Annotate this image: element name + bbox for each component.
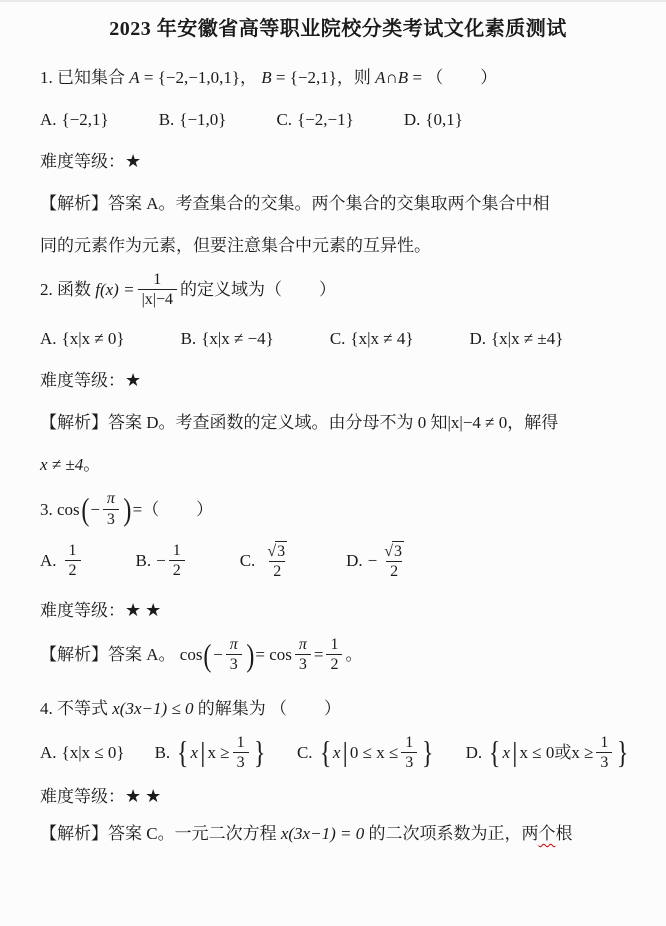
or-text: 或 xyxy=(554,740,571,765)
fraction-denominator: 3 xyxy=(103,509,119,529)
equals-sign: = xyxy=(412,68,422,87)
q4-options: A.{x|x ≤ 0} B.{x|x ≥13} C.{x|0 ≤ x ≤13} … xyxy=(40,733,636,772)
right-brace: } xyxy=(617,736,629,768)
fraction-denominator: 3 xyxy=(233,752,249,772)
right-brace: } xyxy=(254,736,266,768)
q3-analysis: 【解析】答案 A。 cos(−π3) = cosπ3 =12 。 xyxy=(40,635,636,674)
difficulty-label: 难度等级： xyxy=(40,787,125,806)
option-a-body: {x|x ≤ 0} xyxy=(62,740,125,765)
analysis-math: |x|−4 ≠ 0 xyxy=(448,413,508,432)
minus-sign: − xyxy=(90,497,100,522)
difficulty-stars: ★★ xyxy=(125,786,165,806)
analysis-text: 。 xyxy=(83,455,100,474)
fraction: 12 xyxy=(65,541,81,580)
option-a: A.12 xyxy=(40,541,84,580)
set-divider-bar: | xyxy=(512,739,517,766)
answer-blank: （ ） xyxy=(426,68,498,87)
option-d-label: D. xyxy=(466,740,483,765)
fraction: π3 xyxy=(226,635,242,674)
option-c: C.√32 xyxy=(240,541,294,581)
option-c-label: C. xyxy=(297,740,313,765)
option-c-body: {−2,−1} xyxy=(297,107,354,132)
fraction-numerator: √3 xyxy=(263,541,291,561)
exam-paper: 2023 年安徽省高等职业院校分类考试文化素质测试 1. 已知集合 A = {−… xyxy=(0,2,666,846)
option-b: B.{−1,0} xyxy=(159,107,227,132)
inequality: x(3x−1) ≤ 0 xyxy=(112,699,193,718)
difficulty-label: 难度等级： xyxy=(40,601,125,620)
option-b-label: B. xyxy=(159,107,175,132)
fraction-numerator: π xyxy=(295,635,311,654)
fraction: √32 xyxy=(263,541,291,581)
fraction-denominator: 3 xyxy=(596,752,612,772)
fraction-numerator: 1 xyxy=(169,541,185,560)
analysis-text: 【解析】答案 A。 xyxy=(40,642,176,667)
option-a-label: A. xyxy=(40,326,57,351)
option-b-body: {−1,0} xyxy=(179,107,226,132)
equals-cos: = cos xyxy=(255,642,292,667)
set-a-var: A xyxy=(129,68,139,87)
fraction: 13 xyxy=(401,733,417,772)
option-a-label: A. xyxy=(40,548,57,573)
fraction-numerator: 1 xyxy=(149,270,165,289)
difficulty-stars: ★ xyxy=(125,370,145,390)
function-notation: f(x) = xyxy=(95,277,134,302)
fraction: 12 xyxy=(169,541,185,580)
right-paren: ) xyxy=(123,493,131,525)
option-b-label: B. xyxy=(155,740,171,765)
option-a: A.{−2,1} xyxy=(40,107,109,132)
option-c: C.{−2,−1} xyxy=(276,107,353,132)
q1-difficulty: 难度等级：★ xyxy=(40,149,636,174)
analysis-text: 的二次项系数为正，两 xyxy=(368,824,538,843)
option-b: B.−12 xyxy=(136,541,188,580)
difficulty-stars: ★ xyxy=(125,151,145,171)
spellcheck-underlined-text: 个 xyxy=(538,824,555,843)
option-b: B.{x|x ≠ −4} xyxy=(181,326,274,351)
fraction: 13 xyxy=(596,733,612,772)
option-a: A.{x|x ≠ 0} xyxy=(40,326,125,351)
q2-lead: 2. 函数 xyxy=(40,277,91,302)
analysis-math: x ≠ ±4 xyxy=(40,455,83,474)
option-d-label: D. xyxy=(404,107,421,132)
set-b-var: B xyxy=(261,68,271,87)
radicand: 3 xyxy=(392,541,404,561)
set-a-value: = {−2,−1,0,1} xyxy=(144,68,240,87)
equals-sign: = xyxy=(314,642,324,667)
cos-function: cos xyxy=(57,497,80,522)
fraction-numerator: 1 xyxy=(233,733,249,752)
analysis-math: x(3x−1) = 0 xyxy=(281,824,364,843)
option-d: D.−√32 xyxy=(346,541,411,581)
fraction-numerator: π xyxy=(226,635,242,654)
q4-lead: 4. 不等式 xyxy=(40,699,108,718)
q2-analysis-line1: 【解析】答案 D。考查函数的定义域。由分母不为 0 知|x|−4 ≠ 0，解得 xyxy=(40,410,636,435)
option-c-label: C. xyxy=(330,326,346,351)
option-c: C.{x|x ≠ 4} xyxy=(330,326,414,351)
fraction: 12 xyxy=(326,635,342,674)
intersection-b: B xyxy=(398,68,408,87)
equals-sign: = xyxy=(133,497,143,522)
option-d-body: {x|x ≠ ±4} xyxy=(491,326,563,351)
q1-analysis-line2: 同的元素作为元素，但要注意集合中元素的互异性。 xyxy=(40,233,636,258)
option-b: B.{x|x ≥13} xyxy=(155,733,267,772)
q2-stem: 2. 函数 f(x) = 1|x|−4 的定义域为 （ ） xyxy=(40,270,636,309)
option-c-label: C. xyxy=(240,548,256,573)
fraction-denominator: 3 xyxy=(401,752,417,772)
left-brace: { xyxy=(319,736,331,768)
fraction: π3 xyxy=(295,635,311,674)
fraction-denominator: 2 xyxy=(326,654,342,674)
option-c-body: {x|x ≠ 4} xyxy=(350,326,413,351)
right-paren: ) xyxy=(246,639,254,671)
fraction-numerator: 1 xyxy=(401,733,417,752)
option-b-label: B. xyxy=(136,548,152,573)
q1-lead: 1. 已知集合 xyxy=(40,68,125,87)
option-a-label: A. xyxy=(40,107,57,132)
condition: x ≥ xyxy=(208,740,230,765)
q2-tail: 的定义域为 xyxy=(180,277,265,302)
q2-options: A.{x|x ≠ 0} B.{x|x ≠ −4} C.{x|x ≠ 4} D.{… xyxy=(40,326,636,351)
question-4: 4. 不等式 x(3x−1) ≤ 0 的解集为 （ ） A.{x|x ≤ 0} … xyxy=(40,696,636,846)
difficulty-stars: ★★ xyxy=(125,600,165,620)
q2-difficulty: 难度等级：★ xyxy=(40,368,636,393)
fraction-denominator: 3 xyxy=(295,654,311,674)
option-b-label: B. xyxy=(181,326,197,351)
fraction-denominator: |x|−4 xyxy=(138,289,177,309)
q4-stem: 4. 不等式 x(3x−1) ≤ 0 的解集为 （ ） xyxy=(40,696,636,721)
fraction: π3 xyxy=(103,489,119,528)
option-d: D.{x|x ≤ 0或x ≥13} xyxy=(466,733,631,772)
analysis-text: 【解析】答案 C。一元二次方程 xyxy=(40,824,277,843)
q4-tail: 的解集为 xyxy=(198,699,266,718)
right-brace: } xyxy=(422,736,434,768)
intersection-symbol: ∩ xyxy=(386,68,398,87)
set-variable: x xyxy=(191,740,199,765)
question-2: 2. 函数 f(x) = 1|x|−4 的定义域为 （ ） A.{x|x ≠ 0… xyxy=(40,270,636,477)
option-d-label: D. xyxy=(346,548,363,573)
q1-stem: 1. 已知集合 A = {−2,−1,0,1}， B = {−2,1}，则 A∩… xyxy=(40,65,636,90)
option-d: D.{0,1} xyxy=(404,107,463,132)
option-a-body: {x|x ≠ 0} xyxy=(62,326,125,351)
set-b-value: = {−2,1} xyxy=(276,68,337,87)
left-brace: { xyxy=(177,736,189,768)
q1-options: A.{−2,1} B.{−1,0} C.{−2,−1} D.{0,1} xyxy=(40,107,636,132)
comma: ， xyxy=(240,68,257,87)
option-a-body: {−2,1} xyxy=(62,107,109,132)
question-3: 3. cos (−π3) = （ ） A.12 B.−12 C.√32 D.−√… xyxy=(40,489,636,674)
fraction: 13 xyxy=(233,733,249,772)
fraction-denominator: 2 xyxy=(269,561,285,581)
q4-analysis: 【解析】答案 C。一元二次方程 x(3x−1) = 0 的二次项系数为正，两个根 xyxy=(40,821,636,846)
condition: 0 ≤ x ≤ xyxy=(350,740,398,765)
question-1: 1. 已知集合 A = {−2,−1,0,1}， B = {−2,1}，则 A∩… xyxy=(40,65,636,258)
fraction-denominator: 2 xyxy=(169,560,185,580)
analysis-text: 根 xyxy=(555,824,572,843)
cos-function: cos xyxy=(180,642,203,667)
condition-1: x ≤ 0 xyxy=(519,740,554,765)
minus-sign: − xyxy=(156,548,166,573)
fraction-numerator: 1 xyxy=(65,541,81,560)
analysis-text: 【解析】答案 A。考查集合的交集。两个集合的交集取两个集合中相 xyxy=(40,194,550,213)
fraction-denominator: 3 xyxy=(226,654,242,674)
q3-options: A.12 B.−12 C.√32 D.−√32 xyxy=(40,541,636,581)
q2-analysis-line2: x ≠ ±4。 xyxy=(40,452,636,477)
q3-stem: 3. cos (−π3) = （ ） xyxy=(40,489,636,528)
then-text: ，则 xyxy=(337,68,371,87)
fraction-denominator: 2 xyxy=(386,561,402,581)
left-paren: ( xyxy=(204,639,212,671)
analysis-text: ，解得 xyxy=(507,413,558,432)
option-a: A.{x|x ≤ 0} xyxy=(40,740,125,765)
fraction-numerator: 1 xyxy=(326,635,342,654)
option-c-label: C. xyxy=(276,107,292,132)
analysis-text: 。 xyxy=(345,642,362,667)
radicand: 3 xyxy=(275,541,287,561)
left-paren: ( xyxy=(81,493,89,525)
difficulty-label: 难度等级： xyxy=(40,152,125,171)
analysis-text: 【解析】答案 D。考查函数的定义域。由分母不为 0 知 xyxy=(40,413,448,432)
fraction-numerator: 1 xyxy=(596,733,612,752)
option-c: C.{x|0 ≤ x ≤13} xyxy=(297,733,436,772)
q3-lead: 3. xyxy=(40,497,53,522)
option-d-label: D. xyxy=(469,326,486,351)
set-divider-bar: | xyxy=(200,739,205,766)
answer-blank: （ ） xyxy=(142,497,214,522)
option-d-body: {0,1} xyxy=(425,107,463,132)
option-b-body: {x|x ≠ −4} xyxy=(201,326,274,351)
minus-sign: − xyxy=(368,548,378,573)
intersection-a: A xyxy=(375,68,385,87)
set-variable: x xyxy=(503,740,511,765)
fraction: √32 xyxy=(380,541,408,581)
option-a-label: A. xyxy=(40,740,57,765)
analysis-text: 同的元素作为元素，但要注意集合中元素的互异性。 xyxy=(40,236,431,255)
condition-2: x ≥ xyxy=(571,740,593,765)
option-d: D.{x|x ≠ ±4} xyxy=(469,326,563,351)
left-brace: { xyxy=(489,736,501,768)
fraction: 1|x|−4 xyxy=(138,270,177,309)
difficulty-label: 难度等级： xyxy=(40,371,125,390)
answer-blank: （ ） xyxy=(265,277,337,302)
q1-analysis-line1: 【解析】答案 A。考查集合的交集。两个集合的交集取两个集合中相 xyxy=(40,191,636,216)
q3-difficulty: 难度等级：★★ xyxy=(40,598,636,623)
page-title: 2023 年安徽省高等职业院校分类考试文化素质测试 xyxy=(40,14,636,44)
fraction-denominator: 2 xyxy=(65,560,81,580)
minus-sign: − xyxy=(213,642,223,667)
q4-difficulty: 难度等级：★★ xyxy=(40,784,636,809)
fraction-numerator: √3 xyxy=(380,541,408,561)
set-variable: x xyxy=(333,740,341,765)
fraction-numerator: π xyxy=(103,489,119,508)
set-divider-bar: | xyxy=(342,739,347,766)
answer-blank: （ ） xyxy=(270,699,342,718)
